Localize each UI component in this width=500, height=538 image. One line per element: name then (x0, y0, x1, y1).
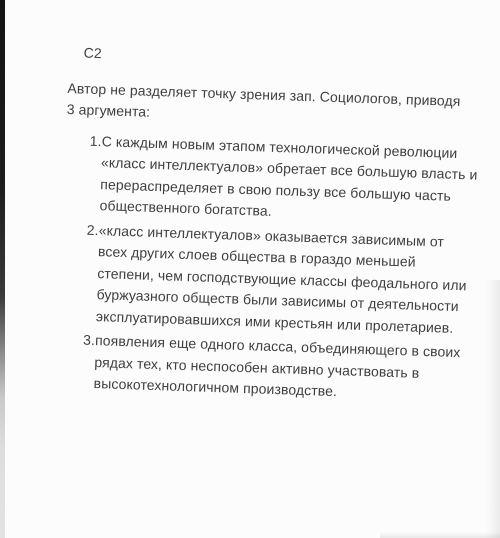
scan-bottom-shading (380, 532, 500, 538)
argument-item-2: 2. «класс интеллектуалов» оказывается за… (59, 218, 482, 339)
argument-text: появления еще одного класса, объединяюще… (93, 330, 478, 407)
intro-paragraph: Автор не разделяет точку зрения зап. Соц… (66, 78, 486, 135)
argument-number: 3. (83, 330, 96, 352)
document-content: С2 Автор не разделяет точку зрения зап. … (56, 42, 487, 407)
task-label: С2 (83, 43, 487, 78)
argument-number: 1. (89, 130, 102, 152)
scanned-document-page: С2 Автор не разделяет точку зрения зап. … (0, 0, 500, 538)
argument-item-1: 1. С каждым новым этапом технологической… (62, 129, 485, 229)
argument-text: С каждым новым этапом технологической ре… (99, 131, 485, 230)
argument-text: «класс интеллектуалов» оказывается завис… (96, 220, 482, 340)
argument-item-3: 3. появления еще одного класса, объединя… (56, 329, 478, 407)
scan-right-shading (486, 280, 500, 538)
scan-edge-shadow (0, 0, 5, 538)
argument-number: 2. (86, 219, 99, 241)
arguments-list: 1. С каждым новым этапом технологической… (56, 129, 485, 407)
